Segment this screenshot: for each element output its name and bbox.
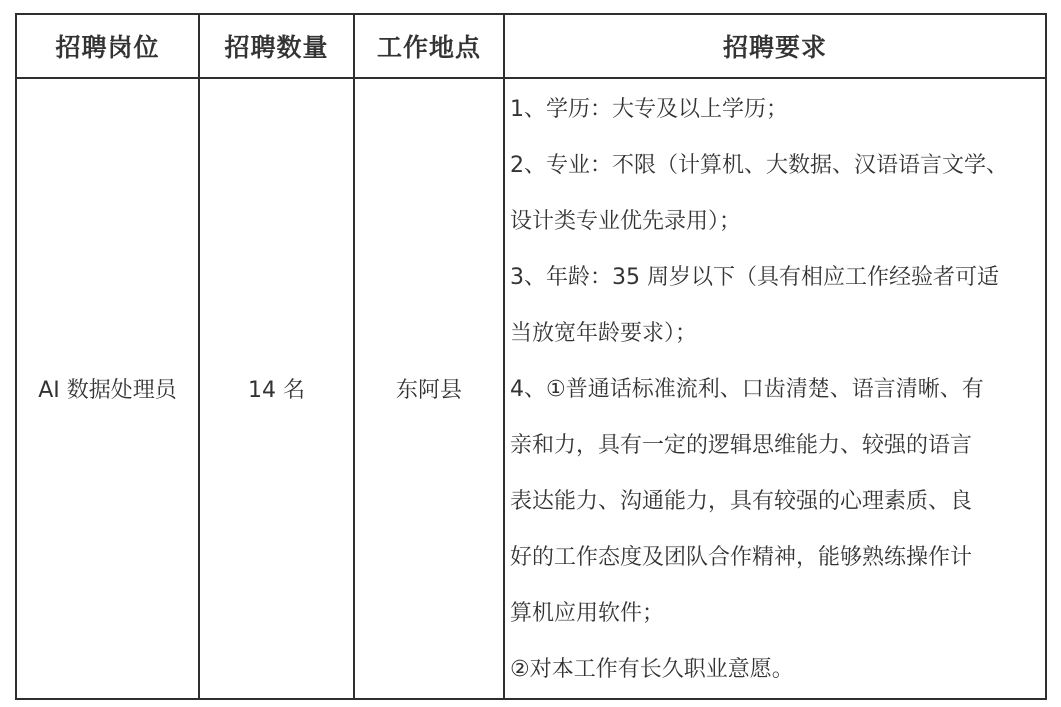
requirement-line: 亲和力，具有一定的逻辑思维能力、较强的语言 bbox=[510, 418, 1041, 474]
header-cell-position: 招聘岗位 bbox=[16, 14, 199, 78]
requirement-line: 2、专业：不限（计算机、大数据、汉语语言文学、 bbox=[510, 138, 1041, 194]
requirement-line: 3、年龄：35 周岁以下（具有相应工作经验者可适 bbox=[510, 250, 1041, 306]
recruitment-table: 招聘岗位 招聘数量 工作地点 招聘要求 AI 数据处理员 14 名 东阿县 1、… bbox=[15, 13, 1047, 700]
header-cell-quantity: 招聘数量 bbox=[199, 14, 354, 78]
requirement-line: 1、学历：大专及以上学历； bbox=[510, 82, 1041, 138]
recruitment-notice-page: 招聘岗位 招聘数量 工作地点 招聘要求 AI 数据处理员 14 名 东阿县 1、… bbox=[0, 0, 1061, 707]
cell-location: 东阿县 bbox=[354, 78, 504, 699]
requirement-line: 算机应用软件； bbox=[510, 586, 1041, 642]
header-row: 招聘岗位 招聘数量 工作地点 招聘要求 bbox=[16, 14, 1046, 78]
requirement-line: 表达能力、沟通能力，具有较强的心理素质、良 bbox=[510, 474, 1041, 530]
cell-position: AI 数据处理员 bbox=[16, 78, 199, 699]
header-cell-location: 工作地点 bbox=[354, 14, 504, 78]
table-row: AI 数据处理员 14 名 东阿县 1、学历：大专及以上学历； 2、专业：不限（… bbox=[16, 78, 1046, 699]
header-cell-requirements: 招聘要求 bbox=[504, 14, 1046, 78]
requirement-line: 当放宽年龄要求）； bbox=[510, 306, 1041, 362]
requirement-line: ②对本工作有长久职业意愿。 bbox=[510, 642, 1041, 698]
requirement-line: 好的工作态度及团队合作精神，能够熟练操作计 bbox=[510, 530, 1041, 586]
requirement-line: 设计类专业优先录用）； bbox=[510, 194, 1041, 250]
cell-requirements: 1、学历：大专及以上学历； 2、专业：不限（计算机、大数据、汉语语言文学、 设计… bbox=[504, 78, 1046, 699]
cell-quantity: 14 名 bbox=[199, 78, 354, 699]
requirement-line: 4、①普通话标准流利、口齿清楚、语言清晰、有 bbox=[510, 362, 1041, 418]
